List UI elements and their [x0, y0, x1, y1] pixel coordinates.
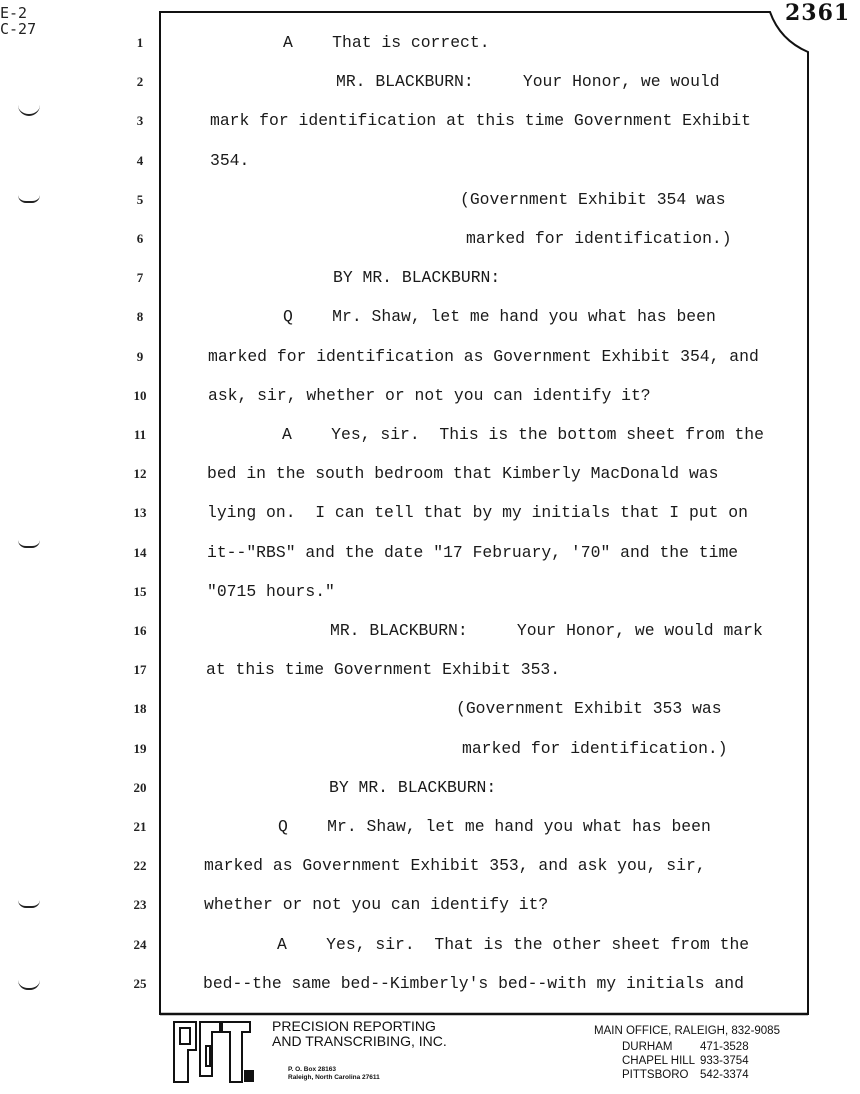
transcript-line: lying on. I can tell that by my initials…: [207, 503, 748, 522]
transcript-line: marked for identification.): [466, 229, 732, 248]
transcript-line: A Yes, sir. That is the other sheet from…: [277, 935, 749, 954]
punch-hole-mark: [18, 980, 40, 990]
line-number: 15: [120, 584, 160, 600]
line-number: 10: [120, 388, 160, 404]
office-phone: 542-3374: [700, 1068, 749, 1082]
office-city: CHAPEL HILL: [594, 1054, 700, 1068]
office-city: PITTSBORO: [594, 1068, 700, 1082]
line-number: 23: [120, 897, 160, 913]
office-row: DURHAM 471-3528: [594, 1040, 780, 1054]
punch-hole-mark: [18, 104, 40, 116]
line-number: 3: [120, 113, 160, 129]
transcript-line: BY MR. BLACKBURN:: [333, 268, 500, 287]
city-address: Raleigh, North Carolina 27611: [288, 1074, 380, 1082]
punch-hole-mark: [18, 900, 40, 908]
firm-name-line2: AND TRANSCRIBING, INC.: [272, 1034, 447, 1049]
line-number: 6: [120, 231, 160, 247]
line-number: 20: [120, 780, 160, 796]
transcript-line: mark for identification at this time Gov…: [210, 111, 751, 130]
firm-address: P. O. Box 28163 Raleigh, North Carolina …: [288, 1066, 380, 1082]
transcript-line: Q Mr. Shaw, let me hand you what has bee…: [278, 817, 711, 836]
line-number: 7: [120, 270, 160, 286]
office-list: MAIN OFFICE, RALEIGH, 832-9085 DURHAM 47…: [594, 1024, 780, 1082]
office-row: CHAPEL HILL 933-3754: [594, 1054, 780, 1068]
line-number: 24: [120, 937, 160, 953]
transcript-line: (Government Exhibit 354 was: [460, 190, 726, 209]
office-row: PITTSBORO 542-3374: [594, 1068, 780, 1082]
line-number: 21: [120, 819, 160, 835]
transcript-line: BY MR. BLACKBURN:: [329, 778, 496, 797]
line-number: 9: [120, 349, 160, 365]
office-city: DURHAM: [594, 1040, 700, 1054]
transcript-line: bed in the south bedroom that Kimberly M…: [207, 464, 718, 483]
main-office: MAIN OFFICE, RALEIGH, 832-9085: [594, 1024, 780, 1040]
transcript-line: ask, sir, whether or not you can identif…: [208, 386, 651, 405]
line-number: 8: [120, 309, 160, 325]
transcript-line: Q Mr. Shaw, let me hand you what has bee…: [283, 307, 716, 326]
firm-name-line1: PRECISION REPORTING: [272, 1019, 447, 1034]
punch-hole-mark: [18, 195, 40, 203]
line-number: 4: [120, 153, 160, 169]
line-number: 1: [120, 35, 160, 51]
transcript-line: MR. BLACKBURN: Your Honor, we would: [336, 72, 720, 91]
page-number: 2361: [785, 0, 850, 26]
line-number: 11: [120, 427, 160, 443]
office-phone: 471-3528: [700, 1040, 749, 1054]
line-number: 19: [120, 741, 160, 757]
line-number: 13: [120, 505, 160, 521]
line-number: 12: [120, 466, 160, 482]
transcript-line: 354.: [210, 151, 249, 170]
pt-logo: [172, 1018, 256, 1086]
transcript-line: marked as Government Exhibit 353, and as…: [204, 856, 706, 875]
line-number: 25: [120, 976, 160, 992]
office-phone: 933-3754: [700, 1054, 749, 1068]
line-number: 18: [120, 701, 160, 717]
punch-hole-mark: [18, 540, 40, 548]
line-number: 5: [120, 192, 160, 208]
line-number: 22: [120, 858, 160, 874]
transcript-line: it--"RBS" and the date "17 February, '70…: [207, 543, 738, 562]
transcript-line: bed--the same bed--Kimberly's bed--with …: [203, 974, 744, 993]
firm-name: PRECISION REPORTING AND TRANSCRIBING, IN…: [272, 1019, 447, 1049]
transcript-line: marked for identification.): [462, 739, 728, 758]
po-box: P. O. Box 28163: [288, 1066, 380, 1074]
line-number: 2: [120, 74, 160, 90]
line-number: 14: [120, 545, 160, 561]
transcript-line: marked for identification as Government …: [208, 347, 759, 366]
transcript-line: A That is correct.: [283, 33, 490, 52]
transcript-line: "0715 hours.": [207, 582, 335, 601]
transcript-line: A Yes, sir. This is the bottom sheet fro…: [282, 425, 764, 444]
line-number: 16: [120, 623, 160, 639]
transcript-line: MR. BLACKBURN: Your Honor, we would mark: [330, 621, 763, 640]
transcript-line: (Government Exhibit 353 was: [456, 699, 722, 718]
line-number: 17: [120, 662, 160, 678]
margin-note-2: C-27: [0, 20, 36, 38]
transcript-line: whether or not you can identify it?: [204, 895, 548, 914]
transcript-line: at this time Government Exhibit 353.: [206, 660, 560, 679]
